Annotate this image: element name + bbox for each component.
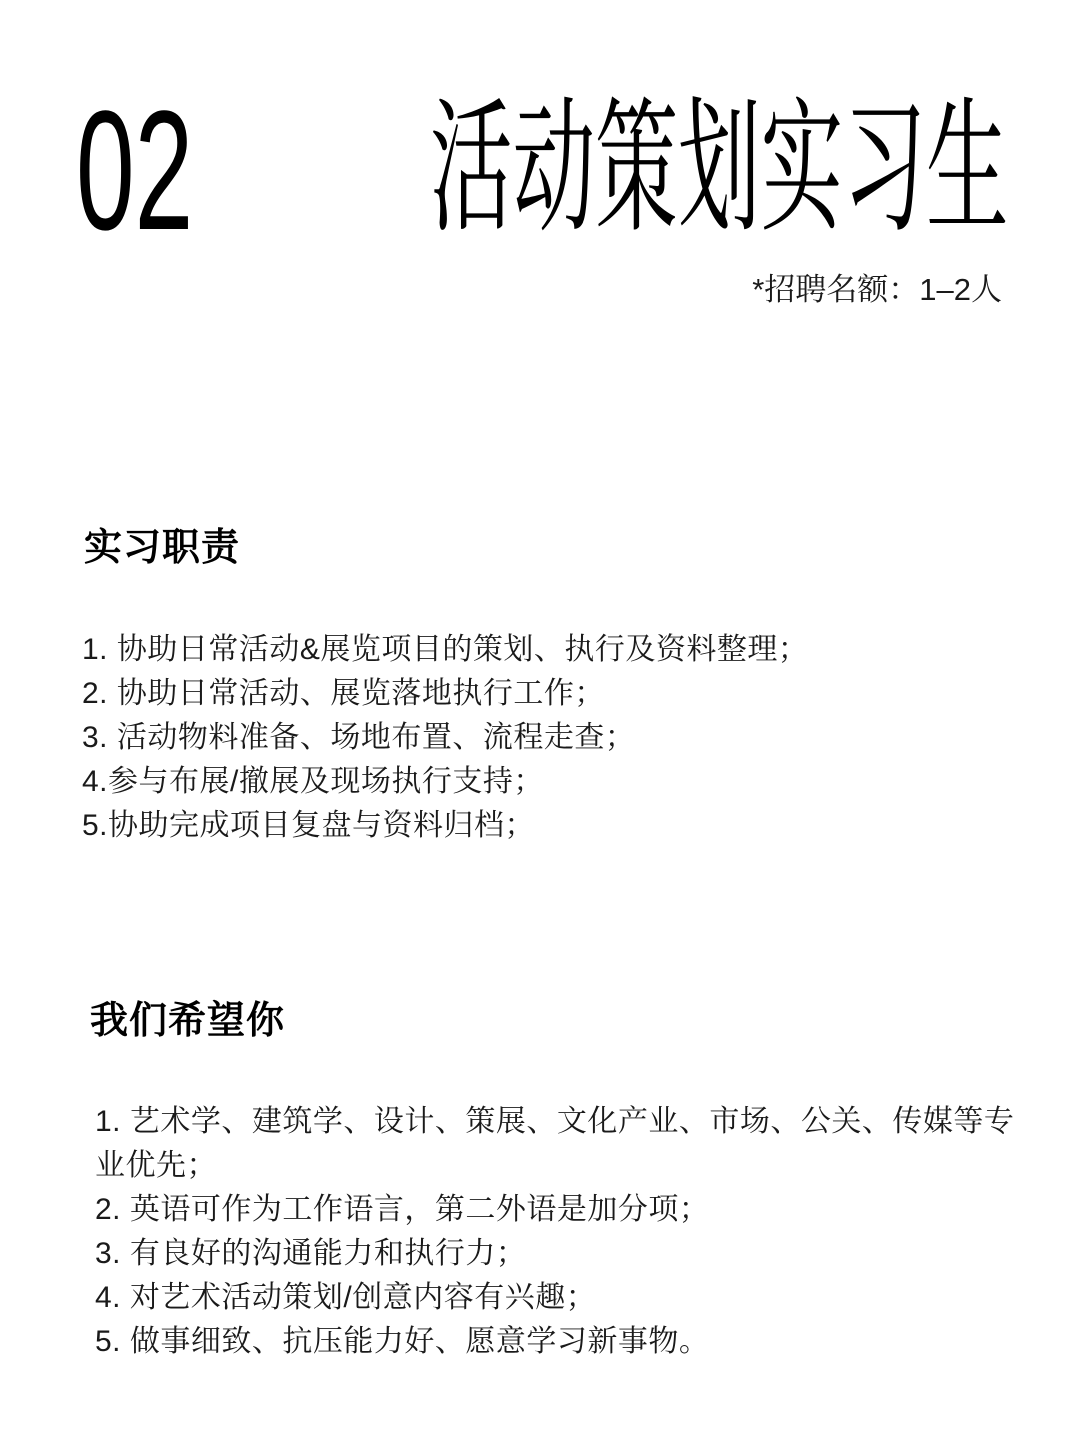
duties-item-1: 1. 协助日常活动&展览项目的策划、执行及资料整理； [82, 628, 1042, 672]
duties-item-3: 3. 活动物料准备、场地布置、流程走查； [82, 716, 1042, 760]
duties-item-4: 4.参与布展/撤展及现场执行支持； [82, 760, 1042, 804]
duties-item-2: 2. 协助日常活动、展览落地执行工作； [82, 672, 1042, 716]
requirements-list: 1. 艺术学、建筑学、设计、策展、文化产业、市场、公关、传媒等专业优先； 2. … [95, 1100, 1035, 1364]
requirements-heading: 我们希望你 [90, 1001, 285, 1043]
requirements-item-5: 5. 做事细致、抗压能力好、愿意学习新事物。 [95, 1320, 1035, 1364]
job-title: 活动策划实习生 [430, 96, 1009, 241]
requirements-item-3: 3. 有良好的沟通能力和执行力； [95, 1232, 1035, 1276]
recruitment-quota: *招聘名额：1–2人 [752, 264, 1002, 309]
duties-heading: 实习职责 [84, 528, 240, 570]
job-posting-page: 02 活动策划实习生 *招聘名额：1–2人 实习职责 1. 协助日常活动&展览项… [0, 0, 1080, 1440]
duties-item-5: 5.协助完成项目复盘与资料归档； [82, 804, 1042, 848]
section-index-number: 02 [76, 86, 193, 256]
requirements-item-4: 4. 对艺术活动策划/创意内容有兴趣； [95, 1276, 1035, 1320]
requirements-item-2: 2. 英语可作为工作语言，第二外语是加分项； [95, 1188, 1035, 1232]
requirements-item-1: 1. 艺术学、建筑学、设计、策展、文化产业、市场、公关、传媒等专业优先； [95, 1100, 1035, 1188]
duties-list: 1. 协助日常活动&展览项目的策划、执行及资料整理； 2. 协助日常活动、展览落… [82, 628, 1042, 848]
